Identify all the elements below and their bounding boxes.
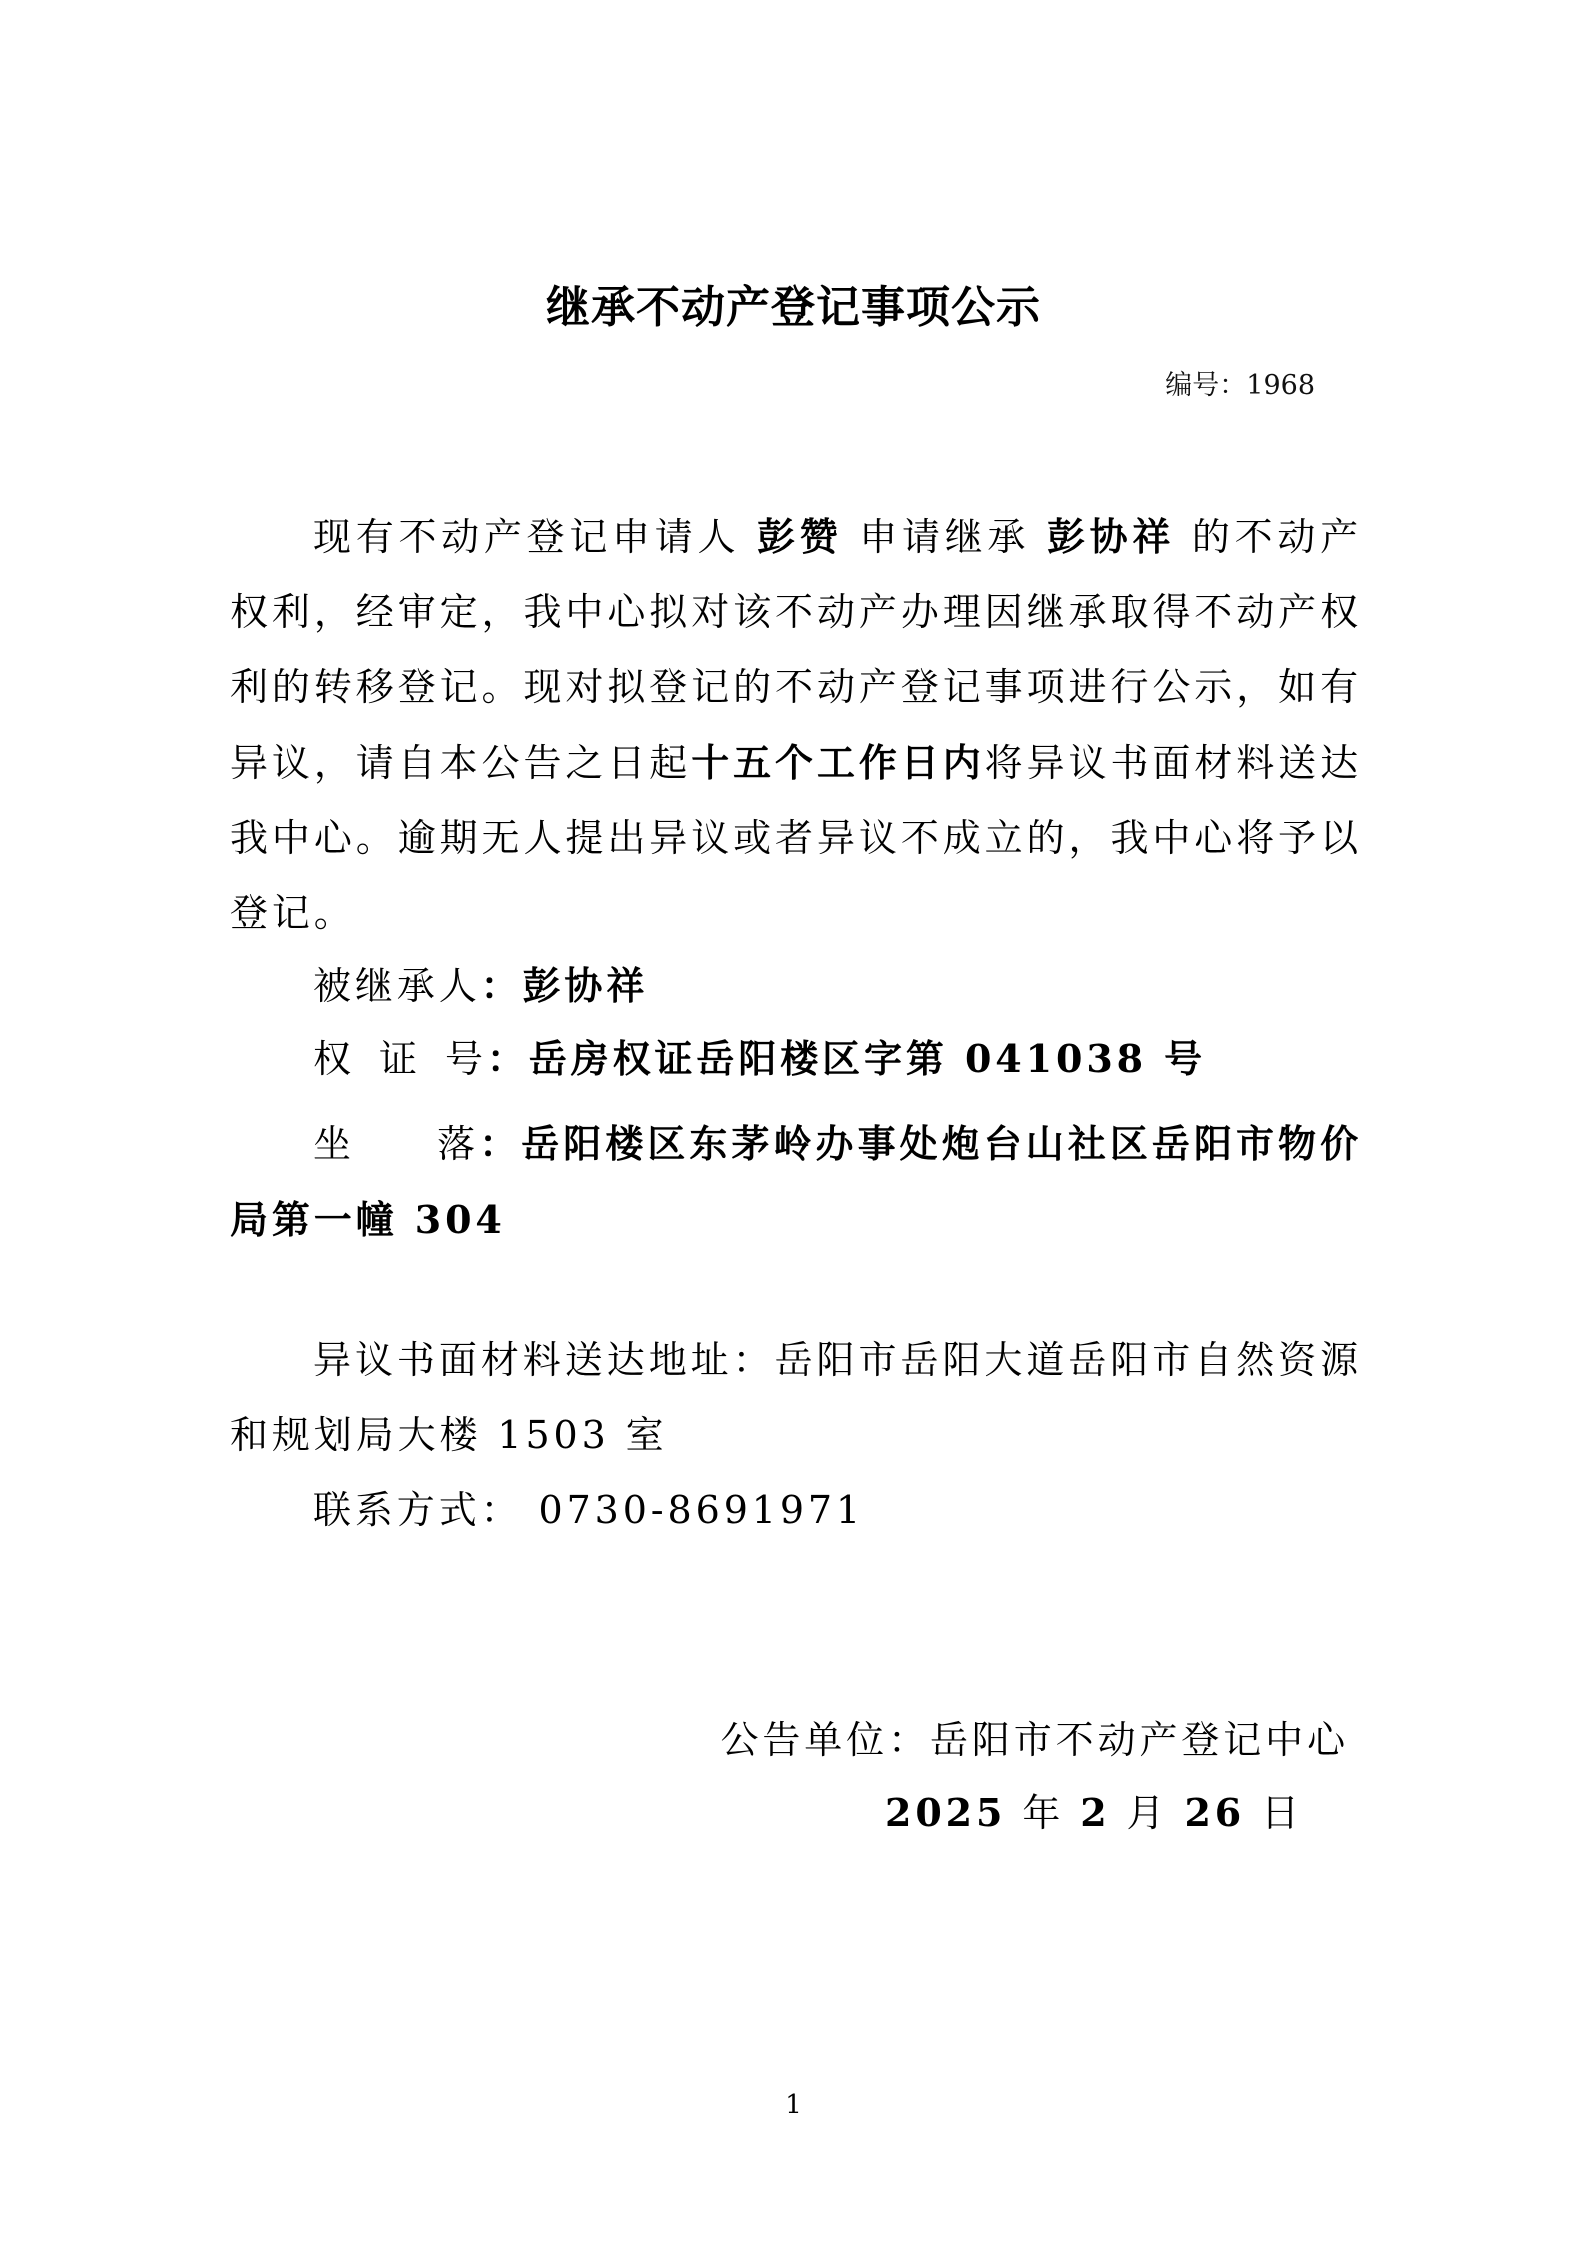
contact-phone: 0730-8691971 — [523, 1488, 865, 1532]
objection-address: 异议书面材料送达地址：岳阳市岳阳大道岳阳市自然资源和规划局大楼 1503 室 — [230, 1323, 1362, 1473]
field-certificate: 权证号：岳房权证岳阳楼区字第 041038 号 — [230, 1021, 1362, 1097]
date-day: 26 — [1184, 1790, 1245, 1835]
serial-number: 编号：1968 — [1165, 368, 1315, 404]
signature-organization: 岳阳市不动产登记中心 — [930, 1718, 1349, 1762]
decedent-name: 彭协祥 — [1047, 514, 1175, 559]
field-colon: ： — [479, 1121, 521, 1166]
contact-label: 联系方式： — [313, 1488, 523, 1532]
signature-label: 公告单位： — [720, 1718, 930, 1762]
objection-address-label: 异议书面材料送达地址： — [313, 1338, 775, 1382]
field-label: 被继承人 — [313, 964, 481, 1008]
date-day-unit: 日 — [1245, 1791, 1303, 1835]
page-number: 1 — [0, 2088, 1587, 2122]
field-colon: ： — [481, 963, 523, 1008]
field-location: 坐落：岳阳楼区东茅岭办事处炮台山社区岳阳市物价局第一幢 304 — [230, 1106, 1362, 1258]
serial-value: 1968 — [1246, 370, 1315, 401]
date-month: 2 — [1080, 1790, 1110, 1835]
field-value: 岳房权证岳阳楼区字第 041038 号 — [529, 1036, 1206, 1081]
page-title: 继承不动产登记事项公示 — [0, 278, 1587, 338]
date-year: 2025 — [885, 1790, 1006, 1835]
serial-label: 编号： — [1165, 370, 1246, 401]
field-decedent: 被继承人：彭协祥 — [230, 948, 1362, 1024]
signature-block: 公告单位：岳阳市不动产登记中心 — [720, 1703, 1349, 1778]
announcement-paragraph: 现有不动产登记申请人 彭赞 申请继承 彭协祥 的不动产权利，经审定，我中心拟对该… — [230, 499, 1362, 951]
field-label: 坐落 — [313, 1122, 479, 1166]
paragraph-text: 现有不动产登记申请人 — [313, 515, 757, 559]
date-month-unit: 月 — [1111, 1791, 1185, 1835]
contact-info: 联系方式： 0730-8691971 — [230, 1473, 1362, 1548]
deadline-text: 十五个工作日内 — [691, 740, 984, 785]
paragraph-text: 申请继承 — [842, 515, 1046, 559]
applicant-name: 彭赞 — [757, 514, 842, 559]
field-colon: ： — [487, 1036, 529, 1081]
field-value: 彭协祥 — [523, 963, 649, 1008]
field-label: 权证号 — [313, 1037, 487, 1081]
document-page: 继承不动产登记事项公示 编号：1968 现有不动产登记申请人 彭赞 申请继承 彭… — [0, 0, 1587, 2245]
announcement-date: 2025 年 2 月 26 日 — [885, 1775, 1303, 1851]
date-year-unit: 年 — [1006, 1791, 1080, 1835]
